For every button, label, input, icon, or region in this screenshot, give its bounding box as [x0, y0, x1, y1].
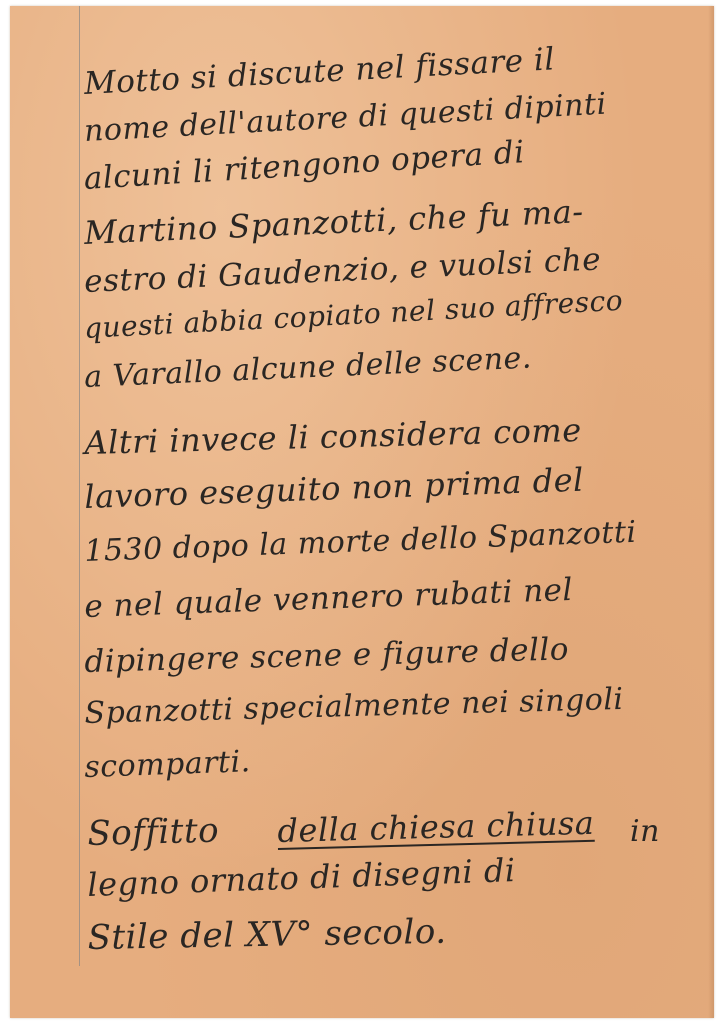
text-line-8: Altri invece li considera come [84, 411, 582, 462]
text-line-15a: Soffitto [87, 811, 220, 854]
text-line-12: dipingere scene e figure dello [84, 631, 569, 680]
text-line-15c: in [630, 814, 660, 849]
text-line-14: scomparti. [84, 744, 251, 785]
text-line-11: e nel quale vennero rubati nel [84, 572, 574, 625]
text-line-9: lavoro eseguito non prima del [84, 461, 585, 516]
text-line-10: 1530 dopo la morte dello Spanzotti [84, 515, 637, 569]
text-line-16: legno ornato di disegni di [87, 851, 517, 904]
text-line-7: a Varallo alcune delle scene. [83, 340, 532, 395]
text-line-15b-underlined: della chiesa chiusa [277, 804, 595, 850]
manuscript-page: Motto si discute nel fissare il nome del… [10, 6, 714, 1018]
text-line-4: Martino Spanzotti, che fu ma- [83, 192, 584, 252]
margin-rule-line [79, 6, 80, 966]
text-line-13: Spanzotti specialmente nei singoli [84, 682, 624, 731]
text-line-17: Stile del XV° secolo. [87, 912, 447, 958]
